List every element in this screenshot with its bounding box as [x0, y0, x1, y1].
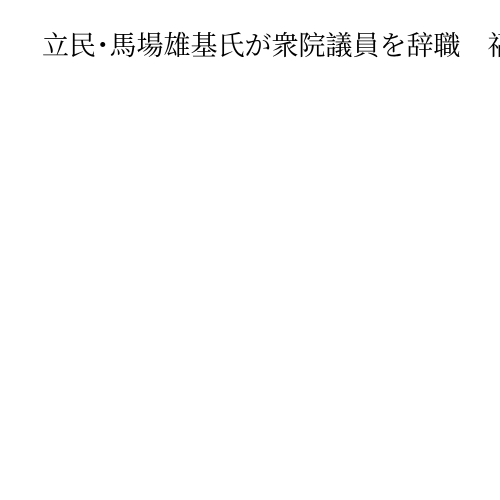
page: 立民･馬場雄基氏が衆院議員を辞職 福 [0, 0, 500, 500]
news-headline: 立民･馬場雄基氏が衆院議員を辞職 福 [42, 30, 500, 64]
